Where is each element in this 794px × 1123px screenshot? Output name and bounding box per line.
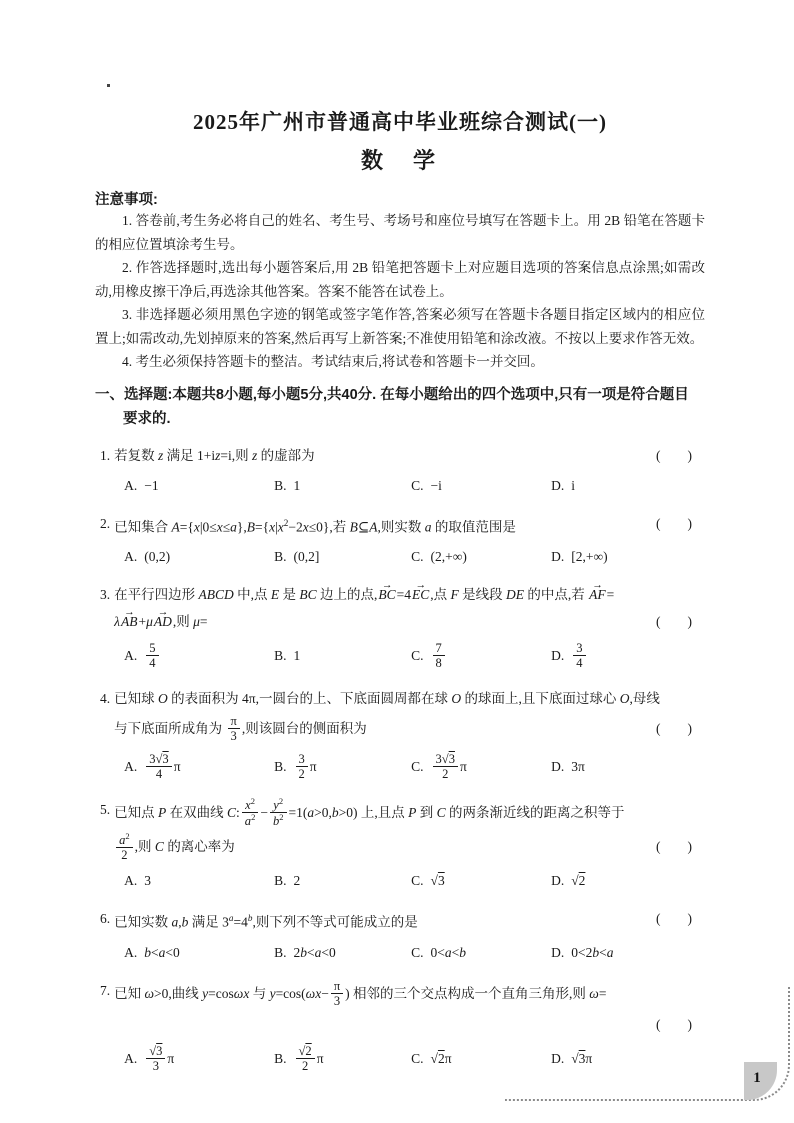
option-d: D.34 [551, 638, 705, 674]
question-6-number: 6. [95, 905, 114, 966]
section-1-heading-line-2: 要求的. [95, 407, 705, 431]
notice-section: 注意事项: 1. 答卷前,考生务必将自己的姓名、考生号、考场号和座位号填写在答题… [95, 188, 705, 374]
question-4: 4. 已知球 O 的表面积为 4π,一圆台的上、下底面圆周都在球 O 的球面上,… [95, 685, 705, 785]
answer-bracket: ( ) [656, 510, 692, 541]
option-b: B.32π [274, 749, 411, 785]
option-d: D.i [551, 472, 705, 499]
question-1-stem: 若复数 z 满足 1+iz=i,则 z 的虚部为 [114, 442, 648, 469]
option-c: C.78 [411, 638, 551, 674]
notice-item-4: 4. 考生必须保持答题卡的整洁。考试结束后,将试卷和答题卡一并交回。 [95, 350, 705, 374]
page-number: 1 [753, 1070, 761, 1087]
notice-heading: 注意事项: [95, 188, 705, 209]
notice-item-2: 2. 作答选择题时,选出每小题答案后,用 2B 铅笔把答题卡上对应题目选项的答案… [95, 256, 705, 303]
answer-bracket: ( ) [656, 712, 692, 746]
question-1: 1. 若复数 z 满足 1+iz=i,则 z 的虚部为 ( ) A.−1 B.1… [95, 442, 705, 499]
question-3-stem-line-1: 在平行四边形 ABCD 中,点 E 是 BC 边上的点,BC=4EC,点 F 是… [114, 581, 705, 608]
option-a: A.√33π [124, 1041, 274, 1077]
question-5-number: 5. [95, 796, 114, 894]
option-c: C.(2,+∞) [411, 543, 551, 570]
option-d: D.[2,+∞) [551, 543, 705, 570]
option-b: B.1 [274, 638, 411, 674]
question-3-number: 3. [95, 581, 114, 674]
question-1-number: 1. [95, 442, 114, 499]
notice-item-1: 1. 答卷前,考生务必将自己的姓名、考生号、考场号和座位号填写在答题卡上。用 2… [95, 209, 705, 256]
question-2-stem: 已知集合 A={x|0≤x≤a},B={x|x2−2x≤0},若 B⊆A,则实数… [114, 510, 648, 541]
question-2: 2. 已知集合 A={x|0≤x≤a},B={x|x2−2x≤0},若 B⊆A,… [95, 510, 705, 571]
question-3-options: A.54 B.1 C.78 D.34 [114, 638, 705, 674]
answer-bracket: ( ) [656, 905, 692, 936]
question-6-options: A.b<a<0 B.2b<a<0 C.0<a<b D.0<2b<a [114, 939, 705, 966]
notice-item-3: 3. 非选择题必须用黑色字迹的钢笔或签字笔作答,答案必须写在答题卡各题目指定区域… [95, 303, 705, 350]
page-content: 2025年广州市普通高中毕业班综合测试(一) 数 学 注意事项: 1. 答卷前,… [95, 106, 705, 1077]
answer-bracket: ( ) [656, 442, 692, 469]
question-1-options: A.−1 B.1 C.−i D.i [114, 472, 705, 499]
subject-title: 数 学 [95, 144, 705, 175]
question-6-stem: 已知实数 a,b 满足 3a=4b,则下列不等式可能成立的是 [114, 905, 648, 936]
question-4-number: 4. [95, 685, 114, 785]
section-1-heading-line-1: 一、选择题:本题共8小题,每小题5分,共40分. 在每小题给出的四个选项中,只有… [95, 383, 705, 407]
option-d: D.3π [551, 749, 705, 785]
section-1-heading: 一、选择题:本题共8小题,每小题5分,共40分. 在每小题给出的四个选项中,只有… [95, 383, 705, 431]
question-3-stem-line-2: λAB+μAD,则 μ= [114, 608, 648, 635]
option-a: A.(0,2) [124, 543, 274, 570]
question-7-number: 7. [95, 977, 114, 1077]
stray-dot-mark [107, 84, 110, 87]
question-5-stem-line-1: 已知点 P 在双曲线 C:x2a2−y2b2=1(a>0,b>0) 上,且点 P… [114, 796, 705, 830]
answer-bracket: ( ) [656, 830, 692, 864]
option-a: A.54 [124, 638, 274, 674]
option-a: A.−1 [124, 472, 274, 499]
answer-bracket: ( ) [656, 608, 692, 635]
question-4-stem-line-2: 与下底面所成角为 π3,则该圆台的侧面积为 [114, 712, 648, 746]
option-c: C.3√32π [411, 749, 551, 785]
question-4-stem-line-1: 已知球 O 的表面积为 4π,一圆台的上、下底面圆周都在球 O 的球面上,且下底… [114, 685, 705, 712]
question-4-options: A.3√34π B.32π C.3√32π D.3π [114, 749, 705, 785]
question-5-stem-line-2: a22,则 C 的离心率为 [114, 830, 648, 864]
option-c: C.−i [411, 472, 551, 499]
question-6: 6. 已知实数 a,b 满足 3a=4b,则下列不等式可能成立的是 ( ) A.… [95, 905, 705, 966]
page-title: 2025年广州市普通高中毕业班综合测试(一) [95, 106, 705, 136]
question-3: 3. 在平行四边形 ABCD 中,点 E 是 BC 边上的点,BC=4EC,点 … [95, 581, 705, 674]
option-a: A.3√34π [124, 749, 274, 785]
question-list: 1. 若复数 z 满足 1+iz=i,则 z 的虚部为 ( ) A.−1 B.1… [95, 442, 705, 1077]
option-b: B.2b<a<0 [274, 939, 411, 966]
option-b: B.1 [274, 472, 411, 499]
question-2-number: 2. [95, 510, 114, 571]
option-c: C.0<a<b [411, 939, 551, 966]
option-a: A.b<a<0 [124, 939, 274, 966]
option-b: B.√22π [274, 1041, 411, 1077]
option-b: B.2 [274, 867, 411, 894]
question-5-options: A.3 B.2 C.√3 D.√2 [114, 867, 705, 894]
exam-paper-page: 2025年广州市普通高中毕业班综合测试(一) 数 学 注意事项: 1. 答卷前,… [0, 0, 794, 1123]
option-d: D.0<2b<a [551, 939, 705, 966]
question-2-options: A.(0,2) B.(0,2] C.(2,+∞) D.[2,+∞) [114, 543, 705, 570]
option-d: D.√2 [551, 867, 705, 894]
option-c: C.√3 [411, 867, 551, 894]
option-b: B.(0,2] [274, 543, 411, 570]
question-5: 5. 已知点 P 在双曲线 C:x2a2−y2b2=1(a>0,b>0) 上,且… [95, 796, 705, 894]
option-a: A.3 [124, 867, 274, 894]
